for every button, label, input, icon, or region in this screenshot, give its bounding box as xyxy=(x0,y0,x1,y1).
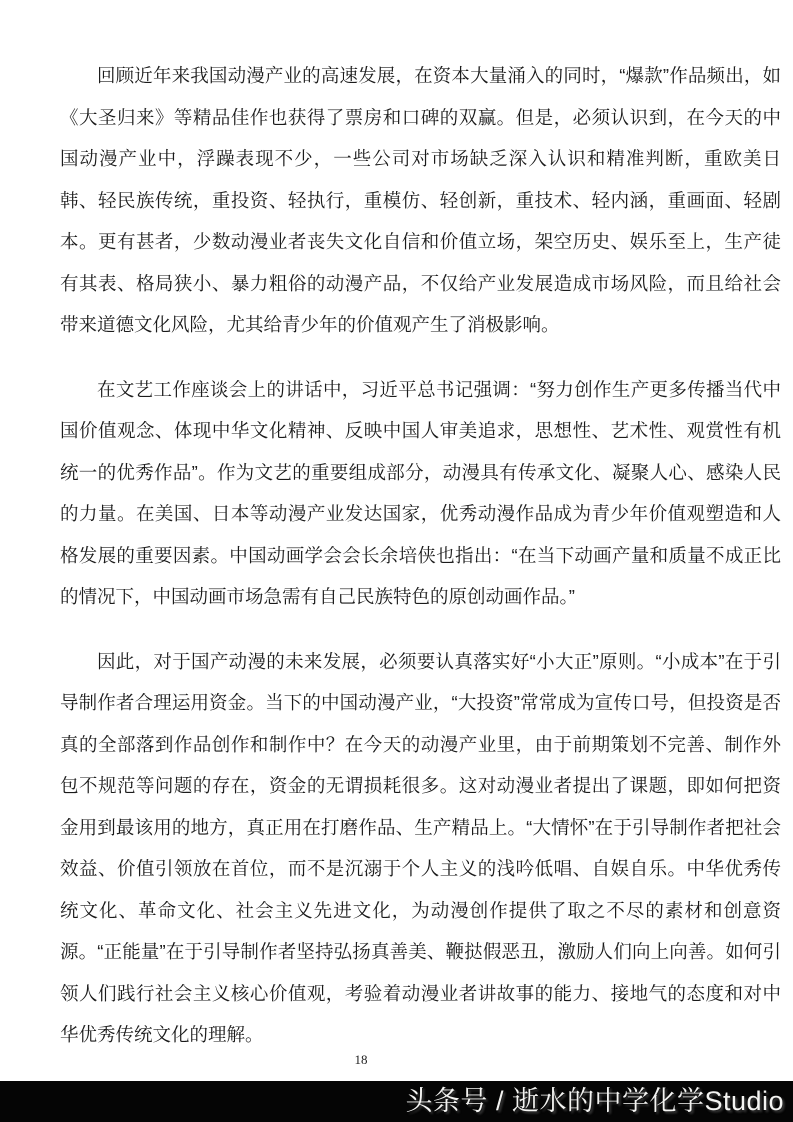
document-page: 回顾近年来我国动漫产业的高速发展，在资本大量涌入的同时，“爆款”作品频出，如《大… xyxy=(0,0,793,1122)
paragraph-2: 在文艺工作座谈会上的讲话中，习近平总书记强调：“努力创作生产更多传播当代中国价值… xyxy=(60,369,781,618)
paragraph-1: 回顾近年来我国动漫产业的高速发展，在资本大量涌入的同时，“爆款”作品频出，如《大… xyxy=(60,55,781,346)
page-number: 18 xyxy=(0,1052,722,1068)
paragraph-3: 因此，对于国产动漫的未来发展，必须要认真落实好“小大正”原则。“小成本”在于引导… xyxy=(60,641,781,1056)
watermark-text: 头条号 / 逝水的中学化学Studio xyxy=(0,1081,793,1122)
document-body: 回顾近年来我国动漫产业的高速发展，在资本大量涌入的同时，“爆款”作品频出，如《大… xyxy=(60,55,781,1056)
watermark-bar: 头条号 / 逝水的中学化学Studio xyxy=(0,1081,793,1122)
